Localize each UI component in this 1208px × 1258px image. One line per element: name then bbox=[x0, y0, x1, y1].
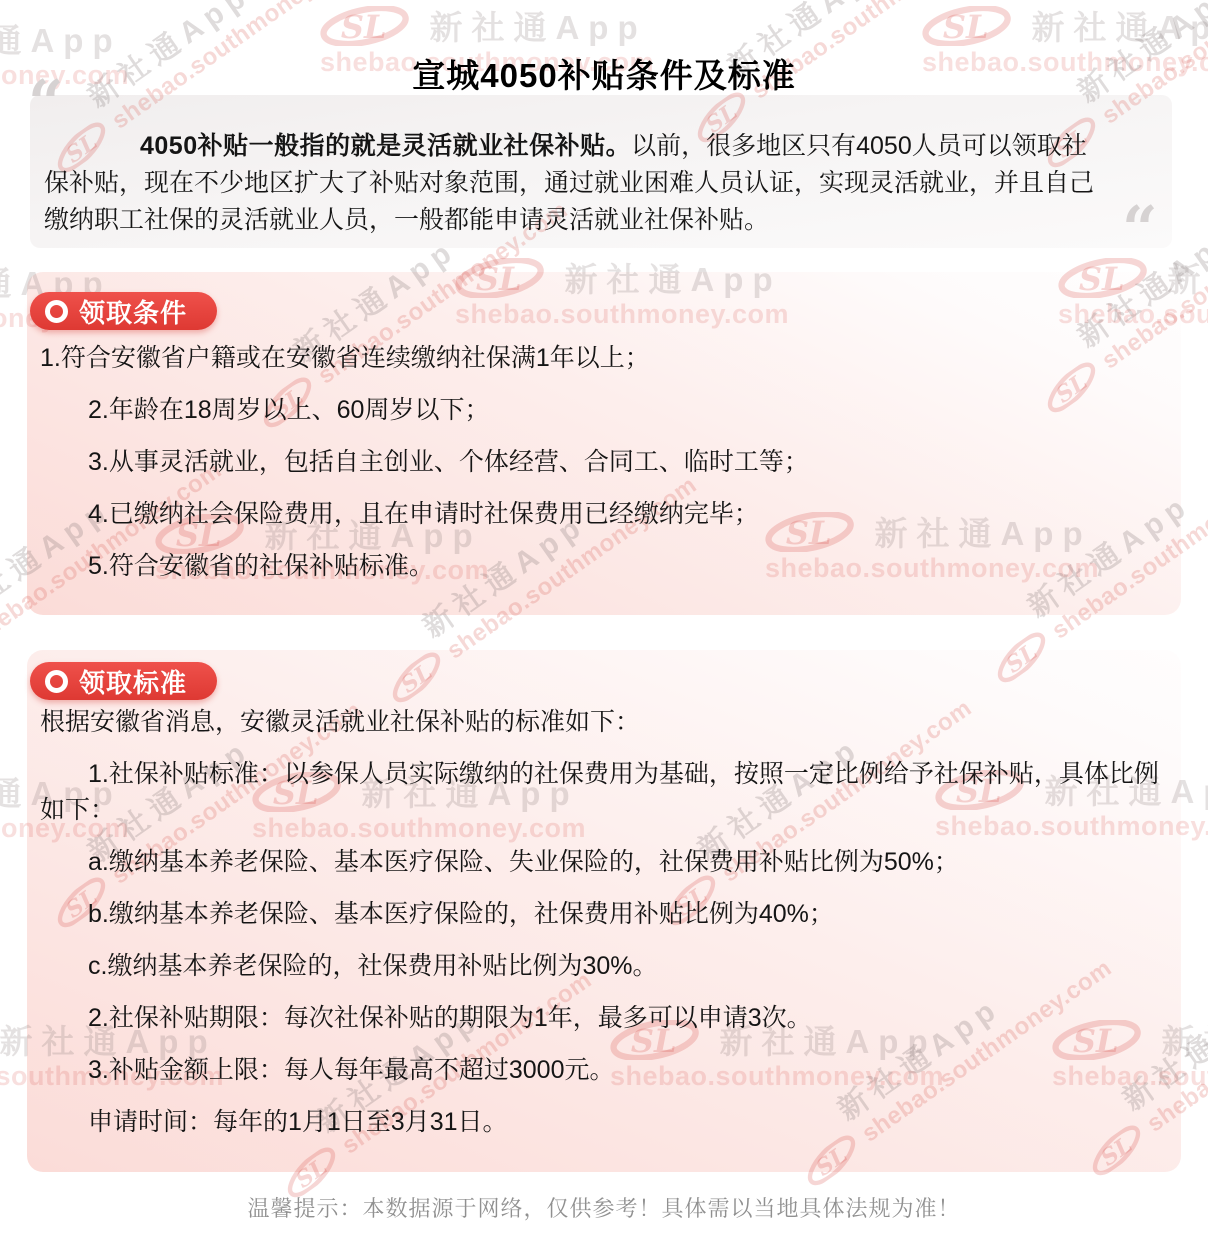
list-item: a.缴纳基本养老保险、基本医疗保险、失业保险的，社保费用补贴比例为50%； bbox=[40, 844, 1172, 880]
section-heading-pill-standards: 领取标准 bbox=[30, 662, 217, 700]
list-item: b.缴纳基本养老保险、基本医疗保险的，社保费用补贴比例为40%； bbox=[40, 896, 1172, 932]
list-item: c.缴纳基本养老保险的，社保费用补贴比例为30%。 bbox=[40, 948, 1172, 984]
list-item: 4.已缴纳社会保险费用，且在申请时社保费用已经缴纳完毕； bbox=[40, 496, 1172, 532]
conditions-list: 1.符合安徽省户籍或在安徽省连续缴纳社保满1年以上； 2.年龄在18周岁以上、6… bbox=[40, 340, 1172, 600]
list-item: 2.年龄在18周岁以上、60周岁以下； bbox=[40, 392, 1172, 428]
list-item: 5.符合安徽省的社保补贴标准。 bbox=[40, 548, 1172, 584]
list-item: 1.符合安徽省户籍或在安徽省连续缴纳社保满1年以上； bbox=[40, 340, 1172, 376]
page-title: 宣城4050补贴条件及标准 bbox=[0, 50, 1208, 97]
paragraph: 申请时间：每年的1月1日至3月31日。 bbox=[40, 1104, 1172, 1140]
list-item: 3.补贴金额上限：每人每年最高不超过3000元。 bbox=[40, 1052, 1172, 1088]
intro-paragraph: 4050补贴一般指的就是灵活就业社保补贴。以前，很多地区只有4050人员可以领取… bbox=[44, 128, 1110, 239]
paragraph: 根据安徽省消息，安徽灵活就业社保补贴的标准如下： bbox=[40, 704, 1172, 740]
intro-lead-bold: 4050补贴一般指的就是灵活就业社保补贴。 bbox=[140, 132, 631, 160]
ring-icon bbox=[45, 300, 68, 323]
standards-list: 根据安徽省消息，安徽灵活就业社保补贴的标准如下： 1.社保补贴标准：以参保人员实… bbox=[40, 704, 1172, 1156]
open-quote-icon: “ bbox=[28, 72, 64, 134]
list-item: 2.社保补贴期限：每次社保补贴的期限为1年，最多可以申请3次。 bbox=[40, 1000, 1172, 1036]
article-content: 宣城4050补贴条件及标准 “ “ 4050补贴一般指的就是灵活就业社保补贴。以… bbox=[0, 0, 1208, 1258]
ring-icon bbox=[45, 670, 68, 693]
paragraph: 1.社保补贴标准：以参保人员实际缴纳的社保费用为基础，按照一定比例给予社保补贴，… bbox=[40, 756, 1172, 828]
section-heading: 领取标准 bbox=[79, 663, 187, 700]
page-root: { "page": { "title": "宣城4050补贴条件及标准", "f… bbox=[0, 0, 1208, 1258]
section-heading-pill-conditions: 领取条件 bbox=[30, 292, 217, 330]
footer-note: 温馨提示：本数据源于网络，仅供参考！具体需以当地具体法规为准！ bbox=[0, 1192, 1208, 1223]
list-item: 3.从事灵活就业，包括自主创业、个体经营、合同工、临时工等； bbox=[40, 444, 1172, 480]
close-quote-icon: “ bbox=[1122, 198, 1158, 260]
section-heading: 领取条件 bbox=[79, 293, 187, 330]
